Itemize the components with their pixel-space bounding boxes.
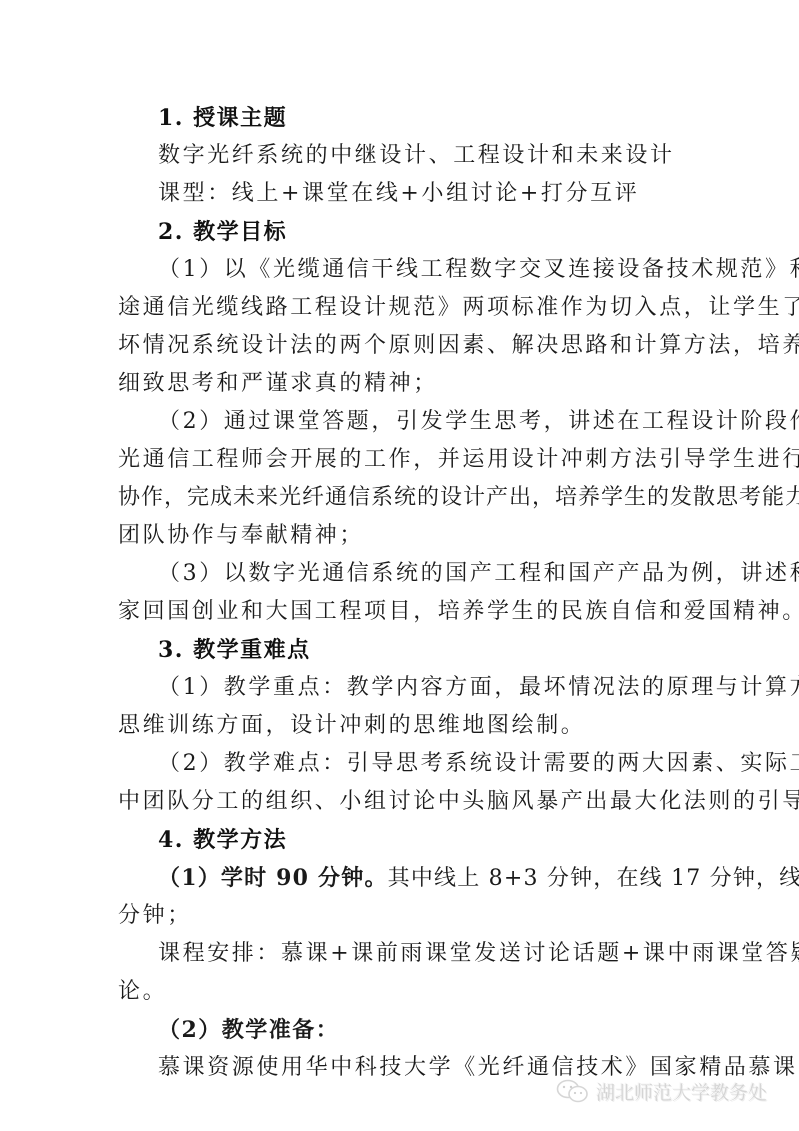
course-topic: 数字光纤系统的中继设计、工程设计和未来设计: [158, 141, 680, 171]
method-hours-line-1: （1）学时 90 分钟。其中线上 8+3 分钟，在线 17 分钟，线下 62: [158, 863, 680, 894]
section-heading-1: 1. 授课主题: [158, 103, 680, 133]
schedule-line-2: 论。: [118, 977, 680, 1007]
objective-1-line-1: （1）以《光缆通信干线工程数字交叉连接设备技术规范》和《长: [158, 255, 680, 285]
course-type: 课型：线上+课堂在线+小组讨论+打分互评: [158, 179, 680, 209]
objective-2-line-1: （2）通过课堂答题，引发学生思考，讲述在工程设计阶段作为: [158, 407, 680, 437]
difficulty-line-2: 中团队分工的组织、小组讨论中头脑风暴产出最大化法则的引导。: [118, 787, 680, 817]
objective-2-line-3: 协作，完成未来光纤通信系统的设计产出，培养学生的发散思考能力、: [118, 483, 680, 513]
method-hours-bold: （1）学时 90 分钟。: [158, 865, 388, 891]
objective-2-line-4: 团队协作与奉献精神；: [118, 521, 680, 551]
section-heading-4: 4. 教学方法: [158, 825, 680, 855]
objective-2-line-2: 光通信工程师会开展的工作，并运用设计冲刺方法引导学生进行小组: [118, 445, 680, 475]
document-page: 1. 授课主题 数字光纤系统的中继设计、工程设计和未来设计 课型：线上+课堂在线…: [0, 0, 799, 1131]
section-heading-2: 2. 教学目标: [158, 217, 680, 247]
wechat-icon: [556, 1079, 590, 1105]
difficulty-line-1: （2）教学难点：引导思考系统设计需要的两大因素、实际工作: [158, 749, 680, 779]
watermark: 湖北师范大学教务处: [556, 1078, 767, 1105]
objective-1-line-4: 细致思考和严谨求真的精神；: [118, 369, 680, 399]
teaching-prep-heading: （2）教学准备：: [158, 1015, 680, 1045]
method-hours-text: 其中线上 8+3 分钟，在线 17 分钟，线下 62: [388, 866, 799, 891]
section-heading-3: 3. 教学重难点: [158, 635, 680, 665]
objective-3-line-2: 家回国创业和大国工程项目，培养学生的民族自信和爱国精神。: [118, 597, 680, 627]
schedule-line-1: 课程安排：慕课+课前雨课堂发送讨论话题+课中雨课堂答疑、讨: [158, 939, 680, 969]
key-point-line-2: 思维训练方面，设计冲刺的思维地图绘制。: [118, 711, 680, 741]
method-hours-line-2: 分钟；: [118, 901, 680, 931]
watermark-text: 湖北师范大学教务处: [596, 1078, 767, 1105]
objective-1-line-2: 途通信光缆线路工程设计规范》两项标准作为切入点，让学生了解最: [118, 293, 680, 323]
key-point-line-1: （1）教学重点：教学内容方面，最坏情况法的原理与计算方法；: [158, 673, 680, 703]
objective-1-line-3: 坏情况系统设计法的两个原则因素、解决思路和计算方法，培养学生: [118, 331, 680, 361]
objective-3-line-1: （3）以数字光通信系统的国产工程和国产产品为例，讲述科学: [158, 559, 680, 589]
